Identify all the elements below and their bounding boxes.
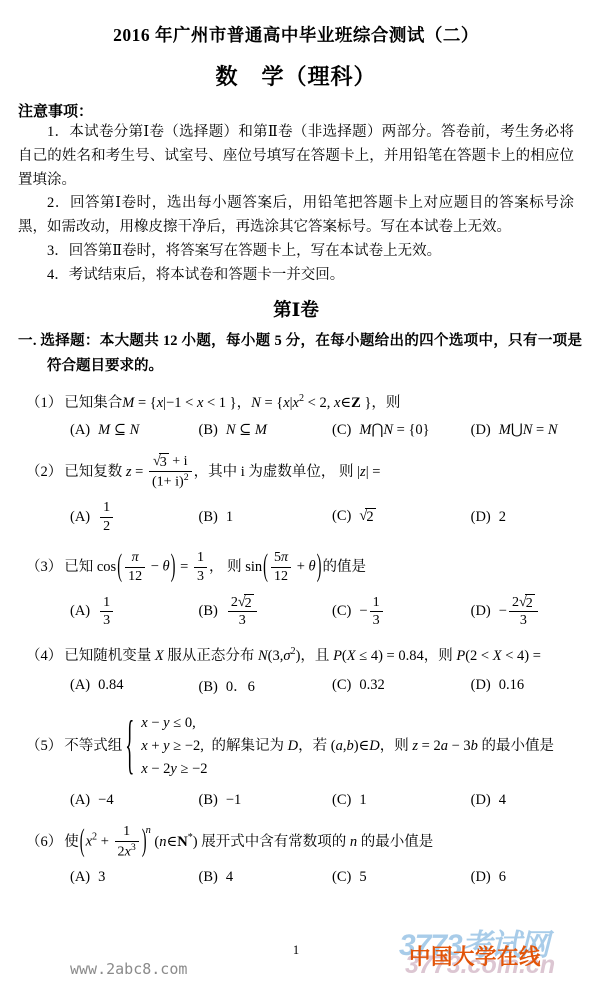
right-paren: ) bbox=[141, 818, 148, 866]
option-value: −2√23 bbox=[499, 603, 540, 619]
fraction: 13 bbox=[370, 594, 383, 630]
math-var: M bbox=[122, 395, 134, 411]
math-text: 2 bbox=[184, 472, 189, 483]
paren-content: x2 + 12x3 bbox=[86, 823, 141, 861]
option-a: (A)0.84 bbox=[70, 677, 199, 694]
fraction: √3 + i(1+ i)2 bbox=[149, 453, 192, 491]
exam-page: 2016 年广州市普通高中毕业班综合测试（二） 数 学（理科） 注意事项： 1．… bbox=[0, 0, 592, 998]
math-var: a bbox=[336, 738, 343, 754]
math-var: N bbox=[251, 395, 261, 411]
superscript: 3 bbox=[131, 842, 136, 853]
math-text: ∈ bbox=[167, 834, 178, 850]
math-var: θ bbox=[309, 559, 316, 575]
math-var: X bbox=[155, 648, 164, 664]
watermark-overlay-text: 中国大学在线 bbox=[409, 940, 541, 971]
cases-line: x − y ≤ 0, bbox=[141, 712, 207, 735]
option-value: 4 bbox=[499, 792, 506, 808]
math-var: X bbox=[347, 648, 356, 664]
question-1-options: (A)M ⊆ N (B)N ⊆ M (C)M⋂N = {0} (D)M⋃N = … bbox=[70, 422, 584, 439]
option-a: (A)13 bbox=[70, 594, 199, 630]
option-value: 0.32 bbox=[359, 677, 384, 693]
math-text: 使 bbox=[64, 834, 79, 850]
option-label: (A) bbox=[70, 509, 90, 525]
site-watermark-group: 3773.com.cn 3773考试网 中国大学在线 bbox=[393, 920, 588, 990]
option-label: (A) bbox=[70, 422, 90, 438]
math-text: 4 bbox=[499, 792, 506, 808]
math-var: P bbox=[333, 648, 342, 664]
math-text: 2 bbox=[512, 594, 519, 610]
numerator: 1 bbox=[100, 594, 113, 613]
math-text: ( bbox=[151, 834, 159, 850]
math-var: θ bbox=[163, 559, 170, 575]
question-2-stem: （2）已知复数 z = √3 + i(1+ i)2，其中 i 为虚数单位， 则 … bbox=[26, 453, 590, 491]
math-text: 1 bbox=[103, 594, 110, 610]
option-label: (C) bbox=[332, 422, 351, 438]
option-c: (C)√2 bbox=[332, 508, 471, 526]
math-text: ≥ −2 bbox=[177, 761, 208, 777]
math-var: N bbox=[258, 648, 268, 664]
math-text: (2 < bbox=[465, 648, 493, 664]
option-label: (B) bbox=[199, 792, 218, 808]
math-var: M bbox=[98, 422, 110, 438]
math-text: ⋂ bbox=[371, 422, 383, 438]
question-number: （4） bbox=[26, 648, 62, 664]
left-url-watermark: www.2abc8.com bbox=[70, 960, 187, 978]
option-value: 2 bbox=[499, 509, 506, 525]
option-label: (C) bbox=[332, 508, 351, 524]
right-paren: ) bbox=[316, 543, 323, 591]
math-var: π bbox=[132, 549, 139, 565]
math-text: ⊆ bbox=[236, 422, 255, 438]
fraction: 5π12 bbox=[271, 549, 291, 585]
math-text: 的最小值是 bbox=[478, 738, 554, 754]
radicand: 2 bbox=[244, 594, 254, 611]
question-4-options: (A)0.84 (B)0．6 (C)0.32 (D)0.16 bbox=[70, 675, 584, 696]
option-value: N ⊆ M bbox=[226, 422, 267, 438]
numerator: 1 bbox=[100, 499, 113, 518]
option-label: (A) bbox=[70, 869, 90, 885]
math-text: 1 bbox=[373, 594, 380, 610]
option-value: 13 bbox=[98, 603, 115, 619]
math-text: 的最小值是 bbox=[357, 834, 433, 850]
fraction: 12x3 bbox=[115, 823, 139, 861]
option-c: (C)1 bbox=[332, 792, 471, 809]
numerator: π bbox=[125, 549, 145, 568]
question-4-stem: （4）已知随机变量 X 服从正态分布 N(3,σ2)，且 P(X ≤ 4) = … bbox=[26, 644, 590, 667]
numerator: 1 bbox=[115, 823, 139, 842]
question-stem-math: 已知复数 z = √3 + i(1+ i)2，其中 i 为虚数单位， 则 |z|… bbox=[64, 464, 380, 480]
math-var: M bbox=[499, 422, 511, 438]
math-var: M bbox=[255, 422, 267, 438]
exam-title: 2016 年广州市普通高中毕业班综合测试（二） bbox=[0, 22, 592, 47]
option-value: 12 bbox=[98, 509, 115, 525]
option-label: (D) bbox=[471, 603, 491, 619]
left-paren: ( bbox=[79, 818, 86, 866]
numerator: 2√2 bbox=[509, 594, 538, 613]
fraction: 2√23 bbox=[509, 594, 538, 630]
option-d: (D)2 bbox=[471, 509, 584, 526]
math-text: − bbox=[359, 603, 367, 619]
math-text: 0.32 bbox=[359, 677, 384, 693]
option-label: (D) bbox=[471, 869, 491, 885]
option-value: 5 bbox=[359, 869, 366, 885]
option-label: (B) bbox=[199, 422, 218, 438]
math-var: D bbox=[288, 738, 298, 754]
option-value: M⋂N = {0} bbox=[359, 422, 429, 438]
math-text: 1 bbox=[197, 549, 204, 565]
option-d: (D)0.16 bbox=[471, 677, 584, 694]
math-text: < 2, bbox=[304, 395, 334, 411]
numerator: 5π bbox=[271, 549, 291, 568]
option-value: 6 bbox=[499, 869, 506, 885]
option-value: 0．6 bbox=[226, 679, 255, 695]
denominator: 2 bbox=[100, 518, 113, 536]
math-text: 2 bbox=[366, 509, 373, 525]
notice-item-2: 2．回答第Ⅰ卷时，选出每小题答案后，用铅笔把答题卡上对应题目的答案标号涂黑，如需… bbox=[18, 192, 574, 240]
superscript: 2 bbox=[184, 472, 189, 483]
math-text: 不等式组 bbox=[64, 738, 122, 754]
cases-brace: { bbox=[125, 696, 134, 798]
option-c: (C)5 bbox=[332, 869, 471, 886]
math-text: 12 bbox=[128, 568, 142, 584]
cases: {x − y ≤ 0,x + y ≥ −2,x − 2y ≥ −2 bbox=[124, 712, 207, 782]
denominator: 12 bbox=[125, 568, 145, 586]
denominator: (1+ i)2 bbox=[149, 472, 192, 491]
math-text: ≥ −2, bbox=[170, 738, 204, 754]
option-value: 0.16 bbox=[499, 677, 524, 693]
math-bold: Z bbox=[351, 395, 361, 411]
option-label: (B) bbox=[199, 509, 218, 525]
option-value: 3 bbox=[98, 869, 105, 885]
question-3: （3）已知 cos(π12 − θ) = 13， 则 sin(5π12 + θ)… bbox=[0, 549, 592, 629]
exam-subject: 数 学（理科） bbox=[0, 60, 592, 91]
math-text: ⋃ bbox=[511, 422, 523, 438]
math-var: N bbox=[523, 422, 533, 438]
fraction: π12 bbox=[125, 549, 145, 585]
math-bold: N bbox=[177, 834, 187, 850]
option-a: (A)12 bbox=[70, 499, 199, 535]
question-number: （2） bbox=[26, 464, 62, 480]
math-text: −1 bbox=[226, 792, 241, 808]
option-label: (D) bbox=[471, 509, 491, 525]
option-c: (C)M⋂N = {0} bbox=[332, 422, 471, 439]
option-b: (B)N ⊆ M bbox=[199, 422, 333, 439]
math-text: 2 bbox=[231, 594, 238, 610]
denominator: 3 bbox=[100, 612, 113, 630]
math-var: D bbox=[369, 738, 379, 754]
math-text: 1 bbox=[359, 792, 366, 808]
question-4: （4）已知随机变量 X 服从正态分布 N(3,σ2)，且 P(X ≤ 4) = … bbox=[0, 644, 592, 696]
option-d: (D)4 bbox=[471, 792, 584, 809]
option-d: (D)M⋃N = N bbox=[471, 422, 584, 439]
question-number: （1） bbox=[26, 395, 62, 411]
math-text: = { bbox=[261, 395, 283, 411]
math-text: 已知随机变量 bbox=[64, 648, 155, 664]
math-text: 0.16 bbox=[499, 677, 524, 693]
cases-lines: x − y ≤ 0,x + y ≥ −2,x − 2y ≥ −2 bbox=[141, 712, 207, 782]
math-text: 1 bbox=[226, 509, 233, 525]
option-label: (A) bbox=[70, 603, 90, 619]
math-text: 12 bbox=[274, 568, 288, 584]
notice-item-1: 1．本试卷分第Ⅰ卷（选择题）和第Ⅱ卷（非选择题）两部分。答卷前，考生务必将自己的… bbox=[18, 121, 574, 192]
math-text: ) 展开式中含有常数项的 bbox=[193, 834, 350, 850]
math-text: = { bbox=[134, 395, 156, 411]
question-number: （6） bbox=[26, 834, 62, 850]
option-a: (A)M ⊆ N bbox=[70, 422, 199, 439]
question-3-options: (A)13 (B)2√23 (C)−13 (D)−2√23 bbox=[70, 594, 584, 630]
option-label: (B) bbox=[199, 869, 218, 885]
question-stem-math: 已知集合M = {x|−1 < x < 1 }，N = {x|x2 < 2, x… bbox=[64, 395, 400, 411]
numerator: 1 bbox=[194, 549, 207, 568]
math-text: 6 bbox=[499, 869, 506, 885]
math-var: N bbox=[548, 422, 558, 438]
math-text: 2 bbox=[103, 518, 110, 534]
option-d: (D)6 bbox=[471, 869, 584, 886]
question-6: （6）使(x2 + 12x3)n (n∈N*) 展开式中含有常数项的 n 的最小… bbox=[0, 823, 592, 887]
question-6-stem: （6）使(x2 + 12x3)n (n∈N*) 展开式中含有常数项的 n 的最小… bbox=[26, 823, 590, 862]
math-var: N bbox=[130, 422, 140, 438]
option-value: −4 bbox=[98, 792, 113, 808]
math-var: N bbox=[226, 422, 236, 438]
math-text: − bbox=[148, 715, 163, 731]
math-text: < 1 }， bbox=[203, 395, 251, 411]
option-c: (C)−13 bbox=[332, 594, 471, 630]
math-text: = bbox=[532, 422, 547, 438]
math-text: 1 bbox=[103, 499, 110, 515]
math-text: 的值是 bbox=[322, 559, 366, 575]
math-text: + i bbox=[169, 453, 188, 469]
math-text: − 3 bbox=[448, 738, 471, 754]
math-text: ， 则 sin bbox=[209, 559, 262, 575]
math-text: ∈ bbox=[340, 395, 351, 411]
option-value: 2√23 bbox=[226, 603, 259, 619]
denominator: 2x3 bbox=[115, 842, 139, 861]
question-number: （5） bbox=[26, 738, 62, 754]
option-label: (C) bbox=[332, 869, 351, 885]
math-text: 3 bbox=[239, 612, 246, 628]
question-1-stem: （1）已知集合M = {x|−1 < x < 1 }，N = {x|x2 < 2… bbox=[26, 391, 590, 414]
notice-item-4: 4．考试结束后，将本试卷和答题卡一并交回。 bbox=[18, 264, 574, 288]
question-stem-math: 不等式组{x − y ≤ 0,x + y ≥ −2,x − 2y ≥ −2的解集… bbox=[64, 738, 554, 754]
math-text: 0．6 bbox=[226, 679, 255, 695]
math-text: 3 bbox=[520, 612, 527, 628]
question-1: （1）已知集合M = {x|−1 < x < 1 }，N = {x|x2 < 2… bbox=[0, 391, 592, 439]
math-text: 2 bbox=[245, 595, 252, 611]
question-3-stem: （3）已知 cos(π12 − θ) = 13， 则 sin(5π12 + θ)… bbox=[26, 549, 590, 585]
math-text: )∈ bbox=[354, 738, 370, 754]
math-var: σ bbox=[283, 648, 290, 664]
denominator: 3 bbox=[509, 612, 538, 630]
option-label: (B) bbox=[199, 603, 218, 619]
math-text: + bbox=[148, 738, 163, 754]
option-value: M⋃N = N bbox=[499, 422, 558, 438]
math-text: − bbox=[147, 559, 162, 575]
question-stem-math: 使(x2 + 12x3)n (n∈N*) 展开式中含有常数项的 n 的最小值是 bbox=[64, 834, 433, 850]
math-var: π bbox=[281, 549, 288, 565]
right-paren: ) bbox=[170, 543, 177, 591]
section-instruction: 一. 选择题：本大题共 12 小题，每小题 5 分，在每小题给出的四个选项中，只… bbox=[18, 329, 582, 378]
option-value: −1 bbox=[226, 792, 241, 808]
option-label: (D) bbox=[471, 792, 491, 808]
math-text: ≤ 4) = 0.84，则 bbox=[356, 648, 457, 664]
math-var: X bbox=[493, 648, 502, 664]
question-5-stem: （5）不等式组{x − y ≤ 0,x + y ≥ −2,x − 2y ≥ −2… bbox=[26, 710, 590, 784]
option-c: (C)0.32 bbox=[332, 677, 471, 694]
fraction: 13 bbox=[194, 549, 207, 585]
math-text: + bbox=[293, 559, 308, 575]
math-text: = 2 bbox=[418, 738, 441, 754]
cases-line: x + y ≥ −2, bbox=[141, 735, 207, 758]
math-text: = bbox=[132, 464, 147, 480]
denominator: 3 bbox=[194, 568, 207, 586]
math-var: M bbox=[359, 422, 371, 438]
left-paren: ( bbox=[262, 543, 269, 591]
math-text: 5 bbox=[274, 549, 281, 565]
math-text: 3 bbox=[373, 612, 380, 628]
sqrt: √2 bbox=[238, 594, 254, 611]
math-text: }，则 bbox=[361, 395, 401, 411]
option-label: (D) bbox=[471, 422, 491, 438]
math-text: 4 bbox=[226, 869, 233, 885]
option-b: (B)4 bbox=[199, 869, 333, 886]
math-text: 服从正态分布 bbox=[164, 648, 258, 664]
math-text: |−1 < bbox=[163, 395, 197, 411]
math-text: ⊆ bbox=[110, 422, 129, 438]
question-5: （5）不等式组{x − y ≤ 0,x + y ≥ −2,x − 2y ≥ −2… bbox=[0, 710, 592, 809]
math-text: 0.84 bbox=[98, 677, 123, 693]
sqrt: √2 bbox=[359, 508, 375, 526]
option-b: (B)1 bbox=[199, 509, 333, 526]
option-label: (C) bbox=[332, 677, 351, 693]
option-value: −13 bbox=[359, 603, 384, 619]
math-text: − 2 bbox=[148, 761, 171, 777]
math-text: = bbox=[177, 559, 192, 575]
math-text: | = bbox=[366, 464, 381, 480]
math-text: − bbox=[499, 603, 507, 619]
question-6-options: (A)3 (B)4 (C)5 (D)6 bbox=[70, 869, 584, 886]
radicand: 2 bbox=[365, 508, 375, 526]
math-text: 3 bbox=[160, 454, 167, 470]
question-stem-math: 已知 cos(π12 − θ) = 13， 则 sin(5π12 + θ)的值是 bbox=[64, 559, 366, 575]
math-text: = {0} bbox=[393, 422, 430, 438]
denominator: 3 bbox=[228, 612, 257, 630]
option-label: (C) bbox=[332, 603, 351, 619]
math-text: 已知集合 bbox=[64, 395, 122, 411]
fraction: 13 bbox=[100, 594, 113, 630]
option-label: (A) bbox=[70, 792, 90, 808]
math-text: −4 bbox=[98, 792, 113, 808]
math-text: 3 bbox=[103, 612, 110, 628]
math-text: 已知 cos bbox=[64, 559, 116, 575]
math-text: )，且 bbox=[296, 648, 333, 664]
sqrt: √2 bbox=[519, 594, 535, 611]
option-value: 1 bbox=[226, 509, 233, 525]
math-text: 已知复数 bbox=[64, 464, 126, 480]
math-var: n bbox=[159, 834, 166, 850]
numerator: 2√2 bbox=[228, 594, 257, 613]
option-label: (A) bbox=[70, 677, 90, 693]
option-label: (C) bbox=[332, 792, 351, 808]
question-number: （3） bbox=[26, 559, 62, 575]
paren-content: 5π12 + θ bbox=[269, 549, 316, 585]
option-value: M ⊆ N bbox=[98, 422, 139, 438]
option-d: (D)−2√23 bbox=[471, 594, 584, 630]
option-b: (B)2√23 bbox=[199, 594, 333, 630]
math-text: < 4) = bbox=[502, 648, 541, 664]
radicand: 2 bbox=[525, 594, 535, 611]
math-text: ，其中 i 为虚数单位， 则 | bbox=[194, 464, 360, 480]
radicand: 3 bbox=[159, 453, 169, 470]
math-var: P bbox=[456, 648, 465, 664]
math-text: 3 bbox=[197, 568, 204, 584]
math-text: 5 bbox=[359, 869, 366, 885]
option-value: √2 bbox=[359, 508, 375, 524]
math-text: 2 bbox=[526, 595, 533, 611]
paren-content: π12 − θ bbox=[123, 549, 170, 585]
math-text: 2 bbox=[499, 509, 506, 525]
sqrt: √3 bbox=[153, 453, 169, 470]
option-value: 1 bbox=[359, 792, 366, 808]
fraction: 2√23 bbox=[228, 594, 257, 630]
fraction: 12 bbox=[100, 499, 113, 535]
math-text: 2 bbox=[118, 844, 125, 860]
left-paren: ( bbox=[116, 543, 123, 591]
question-2: （2）已知复数 z = √3 + i(1+ i)2，其中 i 为虚数单位， 则 … bbox=[0, 453, 592, 535]
question-stem-math: 已知随机变量 X 服从正态分布 N(3,σ2)，且 P(X ≤ 4) = 0.8… bbox=[64, 648, 541, 664]
math-var: b bbox=[471, 738, 478, 754]
math-text: 的解集记为 bbox=[212, 738, 288, 754]
notice-item-3: 3．回答第Ⅱ卷时，将答案写在答题卡上，写在本试卷上无效。 bbox=[18, 240, 574, 264]
option-label: (D) bbox=[471, 677, 491, 693]
math-var: b bbox=[346, 738, 353, 754]
math-text: (1+ i) bbox=[152, 474, 184, 490]
option-value: 0.84 bbox=[98, 677, 123, 693]
denominator: 12 bbox=[271, 568, 291, 586]
option-value: 4 bbox=[226, 869, 233, 885]
math-text: ，则 bbox=[380, 738, 413, 754]
numerator: √3 + i bbox=[149, 453, 192, 472]
option-label: (B) bbox=[199, 679, 218, 695]
math-var: N bbox=[383, 422, 393, 438]
option-a: (A)3 bbox=[70, 869, 199, 886]
math-text: (3, bbox=[268, 648, 284, 664]
notices-heading: 注意事项： bbox=[18, 100, 574, 121]
math-text: ≤ 0, bbox=[170, 715, 196, 731]
numerator: 1 bbox=[370, 594, 383, 613]
section-heading: 第Ⅰ卷 bbox=[0, 296, 592, 322]
denominator: 3 bbox=[370, 612, 383, 630]
math-text: 3 bbox=[98, 869, 105, 885]
math-var: a bbox=[441, 738, 448, 754]
math-text: 3 bbox=[131, 842, 136, 853]
option-b: (B)0．6 bbox=[199, 675, 333, 696]
question-5-options: (A)−4 (B)−1 (C)1 (D)4 bbox=[70, 792, 584, 809]
question-list: （1）已知集合M = {x|−1 < x < 1 }，N = {x|x2 < 2… bbox=[0, 391, 592, 886]
math-text: + bbox=[97, 834, 112, 850]
notices-section: 注意事项： 1．本试卷分第Ⅰ卷（选择题）和第Ⅱ卷（非选择题）两部分。答卷前，考生… bbox=[0, 100, 592, 287]
math-text: 1 bbox=[123, 823, 130, 839]
cases-line: x − 2y ≥ −2 bbox=[141, 758, 207, 781]
math-text: ，若 ( bbox=[298, 738, 335, 754]
question-2-options: (A)12 (B)1 (C)√2 (D)2 bbox=[70, 499, 584, 535]
option-b: (B)−1 bbox=[199, 792, 333, 809]
